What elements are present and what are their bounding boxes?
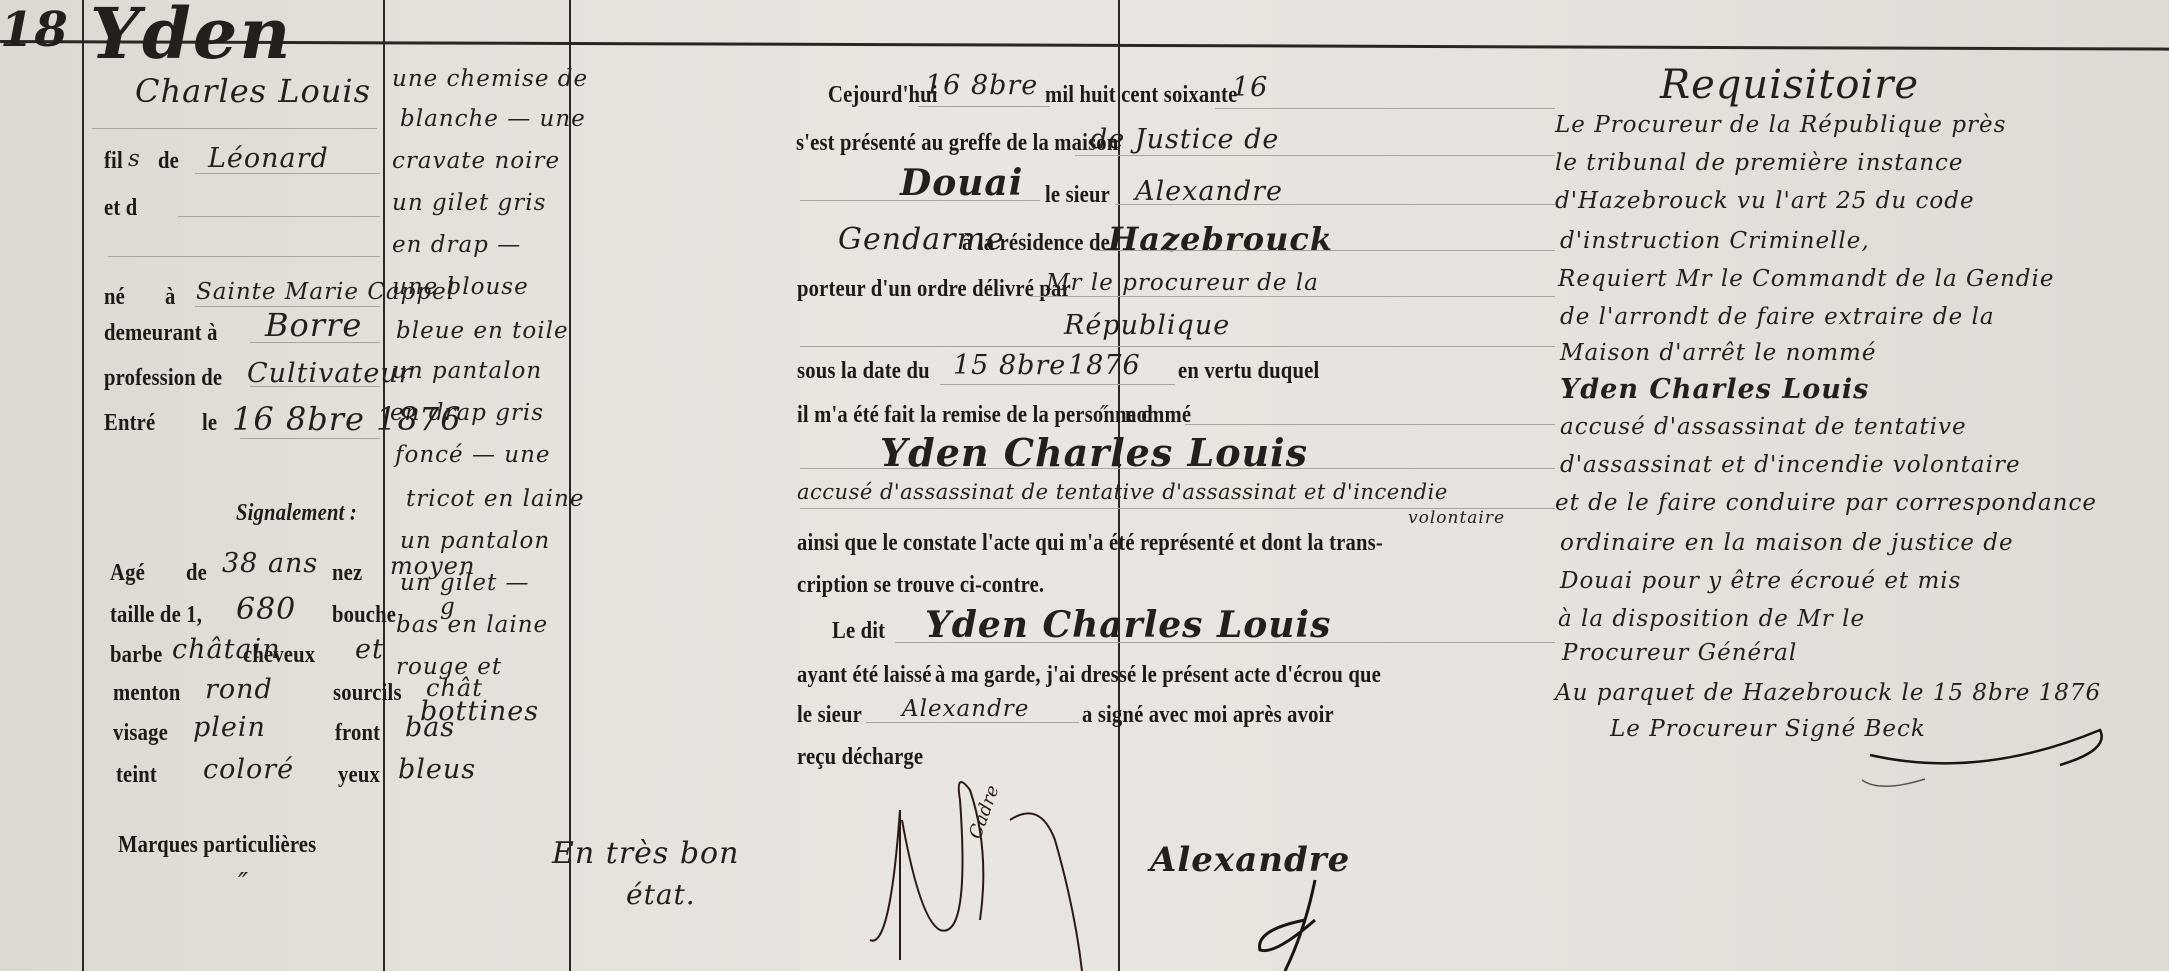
given-names: Charles Louis bbox=[135, 72, 371, 110]
clothing-line: une blouse bbox=[392, 274, 529, 300]
hair-label: cheveux bbox=[243, 642, 315, 669]
left-label: ayant été laissé bbox=[797, 662, 932, 689]
requisition-line: Douai pour y être écroué et mis bbox=[1560, 568, 1961, 594]
said-label: Le dit bbox=[832, 618, 885, 645]
profession: Cultivateur bbox=[247, 358, 413, 389]
clothing-line: un pantalon bbox=[392, 358, 542, 384]
order-date-label: sous la date du bbox=[797, 358, 930, 385]
marks-value: ″ bbox=[238, 868, 249, 899]
requisition-line: Yden Charles Louis bbox=[1560, 374, 1869, 405]
clothing-line: une chemise de bbox=[392, 66, 588, 92]
hair-value: et bbox=[355, 634, 384, 665]
requisition-line: ordinaire en la maison de justice de bbox=[1560, 530, 2014, 556]
father-name: Léonard bbox=[208, 143, 329, 174]
requisition-line: Maison d'arrêt le nommé bbox=[1560, 340, 1876, 366]
signature-flourish bbox=[1165, 860, 1365, 971]
surname: Yden bbox=[90, 0, 292, 75]
age-value: 38 ans bbox=[222, 548, 318, 579]
year-suffix: 16 bbox=[1232, 72, 1268, 103]
named-label: nommé bbox=[1125, 402, 1191, 429]
forehead-label: front bbox=[335, 720, 380, 747]
clothing-line: bottines bbox=[420, 696, 539, 727]
requisition-line: Requiert Mr le Commandt de la Gendie bbox=[1558, 266, 2055, 292]
entry-label: Entré bbox=[104, 410, 155, 437]
clothing-line: un pantalon bbox=[400, 528, 550, 554]
height-label: taille de 1, bbox=[110, 602, 202, 629]
clothing-line: foncé — une bbox=[395, 442, 551, 468]
clothing-line: un gilet — bbox=[400, 570, 530, 596]
complexion-value: coloré bbox=[203, 754, 294, 785]
requisition-title: Requisitoire bbox=[1660, 62, 1919, 108]
condition-line-1: En très bon bbox=[552, 836, 739, 871]
issuer-line-1: Mr le procureur de la bbox=[1046, 270, 1319, 296]
by-virtue-label: en vertu duquel bbox=[1178, 358, 1319, 385]
clothing-line: en drap gris bbox=[390, 400, 544, 426]
mouth-label: bouche bbox=[332, 602, 396, 629]
beard-label: barbe bbox=[110, 642, 162, 669]
marks-label: Marques particulières bbox=[118, 832, 316, 859]
sieur-label: le sieur bbox=[1045, 182, 1110, 209]
town: Douai bbox=[900, 162, 1023, 204]
fils-label: fil bbox=[104, 148, 123, 175]
residence: Borre bbox=[265, 306, 362, 344]
signer-name: Alexandre bbox=[902, 696, 1029, 722]
signed-label: a signé avec moi après avoir bbox=[1082, 702, 1334, 729]
sieur-residence: Hazebrouck bbox=[1108, 220, 1333, 258]
clothing-line: un gilet gris bbox=[392, 190, 546, 216]
face-label: visage bbox=[113, 720, 168, 747]
requisition-line: Procureur Général bbox=[1562, 640, 1797, 666]
nose-label: nez bbox=[332, 560, 362, 587]
ink-stroke bbox=[1860, 775, 1940, 795]
year-label: mil huit cent soixante bbox=[1045, 82, 1237, 109]
residence-label: demeurant à bbox=[104, 320, 218, 347]
entry-le-label: le bbox=[202, 410, 217, 437]
column-divider-2 bbox=[383, 0, 385, 971]
requisition-line: à la disposition de Mr le bbox=[1558, 606, 1865, 632]
attested-label: ainsi que le constate l'acte qui m'a été… bbox=[797, 530, 1383, 557]
eyes-label: yeux bbox=[338, 762, 380, 789]
clothing-line: rouge et bbox=[396, 654, 502, 680]
chin-value: rond bbox=[205, 674, 273, 705]
issuer-line-2: République bbox=[1064, 310, 1230, 341]
requisition-date-line: Au parquet de Hazebrouck le 15 8bre 1876 bbox=[1555, 680, 2101, 706]
fils-suffix: s bbox=[128, 146, 141, 172]
requisition-line: Le Procureur de la République près bbox=[1555, 112, 2006, 138]
requisition-line: de l'arrondt de faire extraire de la bbox=[1560, 304, 1995, 330]
de-label: de bbox=[158, 148, 179, 175]
profession-label: profession de bbox=[104, 365, 222, 392]
born-label: né bbox=[104, 284, 125, 311]
the-sieur-label: le sieur bbox=[797, 702, 862, 729]
column-divider-1 bbox=[82, 0, 84, 971]
height-value: 680 bbox=[236, 592, 296, 627]
requisition-line: accusé d'assassinat de tentative bbox=[1560, 414, 1967, 440]
eyebrows-label: sourcils bbox=[333, 680, 402, 707]
sieur-name: Alexandre bbox=[1135, 176, 1283, 207]
residence-of-label: à la résidence de bbox=[962, 230, 1110, 257]
institution: de Justice de bbox=[1090, 124, 1279, 155]
eyes-value: bleus bbox=[398, 754, 476, 785]
today-label: Cejourd'hui bbox=[828, 82, 938, 109]
header-rule bbox=[0, 40, 2169, 51]
requisition-line: d'Hazebrouck vu l'art 25 du code bbox=[1555, 188, 1975, 214]
transcription-label: cription se trouve ci-contre. bbox=[797, 572, 1044, 599]
today-date: 16 8bre bbox=[925, 70, 1038, 101]
clothing-line: bleue en toile bbox=[396, 318, 569, 344]
requisition-line: et de le faire conduire par correspondan… bbox=[1555, 490, 2097, 516]
clothing-line: bas en laine bbox=[396, 612, 548, 638]
requisition-line: le tribunal de première instance bbox=[1555, 150, 1964, 176]
handover-mark: ″ bbox=[1100, 402, 1110, 428]
order-year: 1876 bbox=[1068, 350, 1141, 381]
complexion-label: teint bbox=[116, 762, 157, 789]
custody-label: à ma garde, j'ai dressé le présent acte … bbox=[935, 662, 1381, 689]
born-at-label: à bbox=[165, 284, 175, 311]
requisition-line: d'instruction Criminelle, bbox=[1560, 228, 1870, 254]
clerk-signature: Cadre bbox=[860, 760, 1120, 971]
said-prisoner: Yden Charles Louis bbox=[925, 604, 1331, 646]
bearer-label: porteur d'un ordre délivré par bbox=[797, 276, 1071, 303]
face-value: plein bbox=[193, 712, 266, 743]
charge: accusé d'assassinat de tentative d'assas… bbox=[797, 480, 1448, 504]
charge-addition: volontaire bbox=[1408, 508, 1505, 528]
clothing-line: cravate noire bbox=[392, 148, 560, 174]
mother-label: et d bbox=[104, 195, 137, 222]
presented-label: s'est présenté au greffe de la maison bbox=[796, 130, 1118, 157]
order-date: 15 8bre bbox=[953, 350, 1066, 381]
condition-line-2: état. bbox=[626, 878, 696, 911]
signalement-title: Signalement : bbox=[236, 500, 357, 527]
chin-label: menton bbox=[113, 680, 181, 707]
requisition-line: d'assassinat et d'incendie volontaire bbox=[1560, 452, 2021, 478]
entry-number: 18 bbox=[0, 2, 69, 58]
clothing-line: en drap — bbox=[392, 232, 521, 258]
clothing-line: blanche — une bbox=[400, 106, 586, 132]
signature-flourish-beck bbox=[1860, 710, 2120, 780]
age-label: Agé bbox=[110, 560, 145, 587]
age-de-label: de bbox=[186, 560, 207, 587]
clothing-line: tricot en laine bbox=[406, 486, 584, 512]
